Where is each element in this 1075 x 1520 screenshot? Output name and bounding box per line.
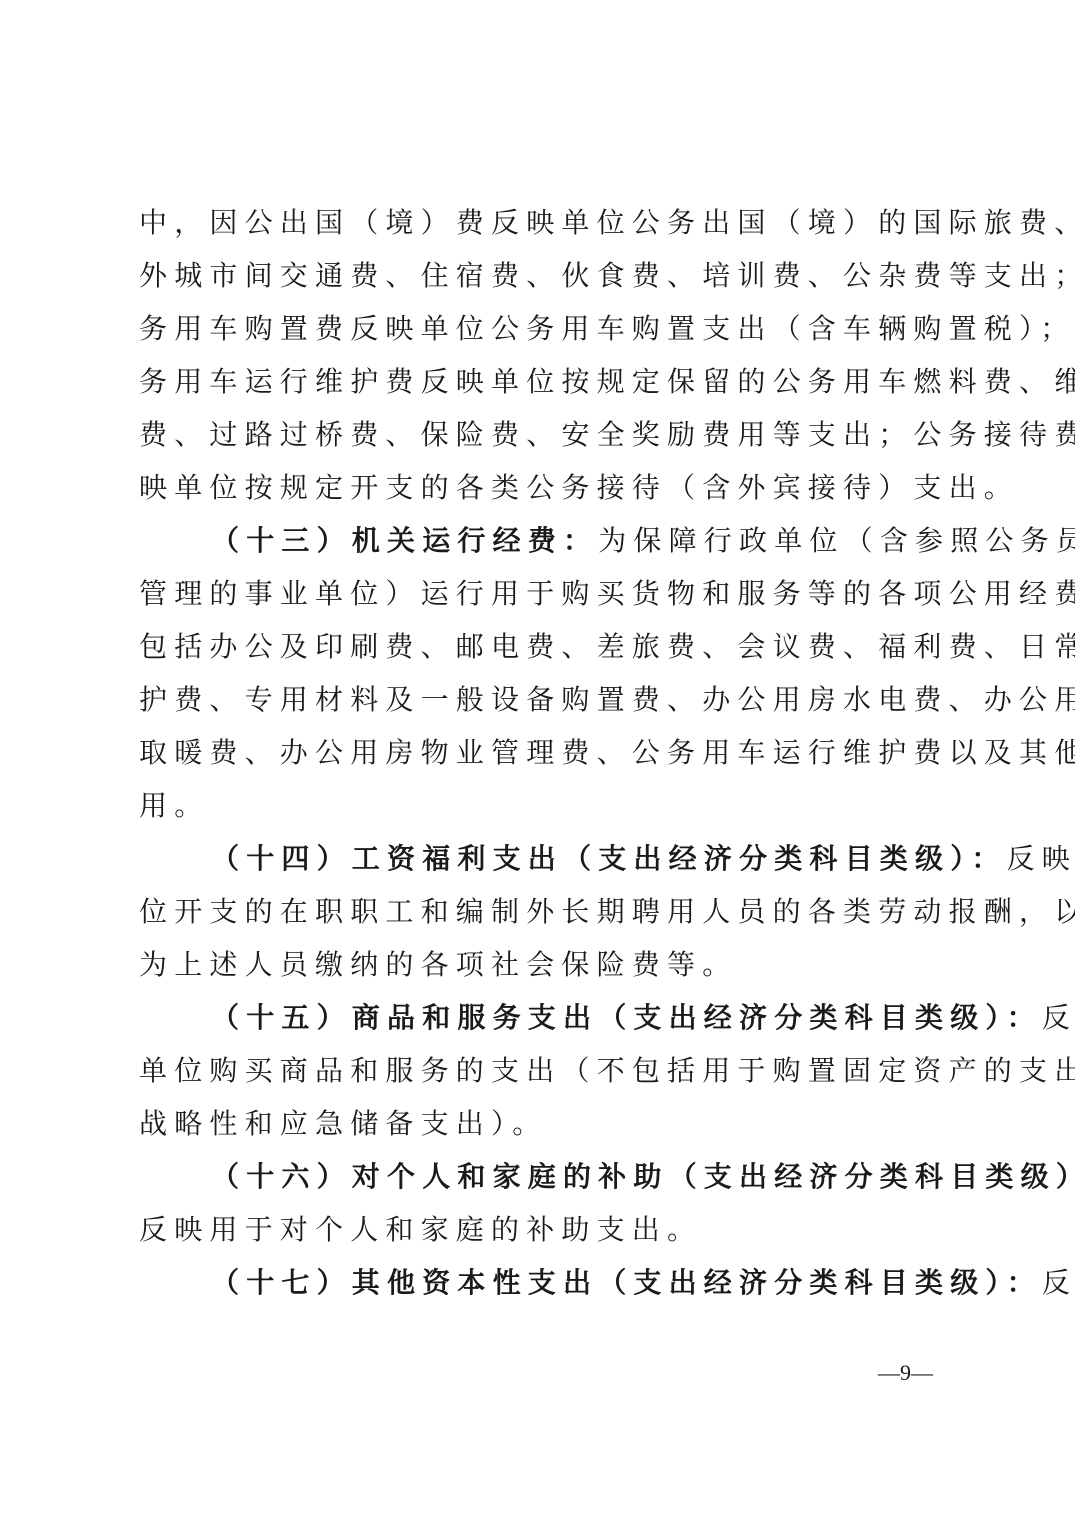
section-16-heading: （十六）对个人和家庭的补助（支出经济分类科目类级）： [211, 1160, 1075, 1193]
section-14-first-line: （十四）工资福利支出（支出经济分类科目类级）：反映单 [139, 832, 939, 885]
document-page: 中，因公出国（境）费反映单位公务出国（境）的国际旅费、国 外城市间交通费、住宿费… [0, 0, 1075, 1520]
section-14-heading: （十四）工资福利支出（支出经济分类科目类级）： [211, 842, 1007, 875]
text-line: 用。 [139, 779, 939, 832]
text-line: 映单位按规定开支的各类公务接待（含外宾接待）支出。 [139, 461, 939, 514]
text-line: 务用车购置费反映单位公务用车购置支出（含车辆购置税）；公 [139, 302, 939, 355]
text-line: 战略性和应急储备支出）。 [139, 1097, 939, 1150]
document-body: 中，因公出国（境）费反映单位公务出国（境）的国际旅费、国 外城市间交通费、住宿费… [139, 196, 939, 1309]
text-line: 位开支的在职职工和编制外长期聘用人员的各类劳动报酬，以及 [139, 885, 939, 938]
section-13-text: 为保障行政单位（含参照公务员法 [598, 524, 1075, 557]
text-line: 反映用于对个人和家庭的补助支出。 [139, 1203, 939, 1256]
section-17-first-line: （十七）其他资本性支出（支出经济分类科目类级）：反映 [139, 1256, 939, 1309]
text-line: 外城市间交通费、住宿费、伙食费、培训费、公杂费等支出；公 [139, 249, 939, 302]
section-15-text: 反映 [1042, 1001, 1075, 1034]
text-line: 包括办公及印刷费、邮电费、差旅费、会议费、福利费、日常维 [139, 620, 939, 673]
section-15-first-line: （十五）商品和服务支出（支出经济分类科目类级）：反映 [139, 991, 939, 1044]
section-16-first-line: （十六）对个人和家庭的补助（支出经济分类科目类级）： [139, 1150, 939, 1203]
text-line: 中，因公出国（境）费反映单位公务出国（境）的国际旅费、国 [139, 196, 939, 249]
section-17-heading: （十七）其他资本性支出（支出经济分类科目类级）： [211, 1266, 1042, 1299]
section-17-text: 反映 [1042, 1266, 1075, 1299]
section-13-heading: （十三）机关运行经费： [211, 524, 598, 557]
text-line: 管理的事业单位）运行用于购买货物和服务等的各项公用经费， [139, 567, 939, 620]
text-line: 护费、专用材料及一般设备购置费、办公用房水电费、办公用房 [139, 673, 939, 726]
text-line: 务用车运行维护费反映单位按规定保留的公务用车燃料费、维修 [139, 355, 939, 408]
section-14-text: 反映单 [1007, 842, 1075, 875]
page-number: —9— [878, 1360, 933, 1386]
text-line: 费、过路过桥费、保险费、安全奖励费用等支出；公务接待费反 [139, 408, 939, 461]
text-line: 为上述人员缴纳的各项社会保险费等。 [139, 938, 939, 991]
section-13-first-line: （十三）机关运行经费：为保障行政单位（含参照公务员法 [139, 514, 939, 567]
section-15-heading: （十五）商品和服务支出（支出经济分类科目类级）： [211, 1001, 1042, 1034]
text-line: 单位购买商品和服务的支出（不包括用于购置固定资产的支出、 [139, 1044, 939, 1097]
text-line: 取暖费、办公用房物业管理费、公务用车运行维护费以及其他费 [139, 726, 939, 779]
